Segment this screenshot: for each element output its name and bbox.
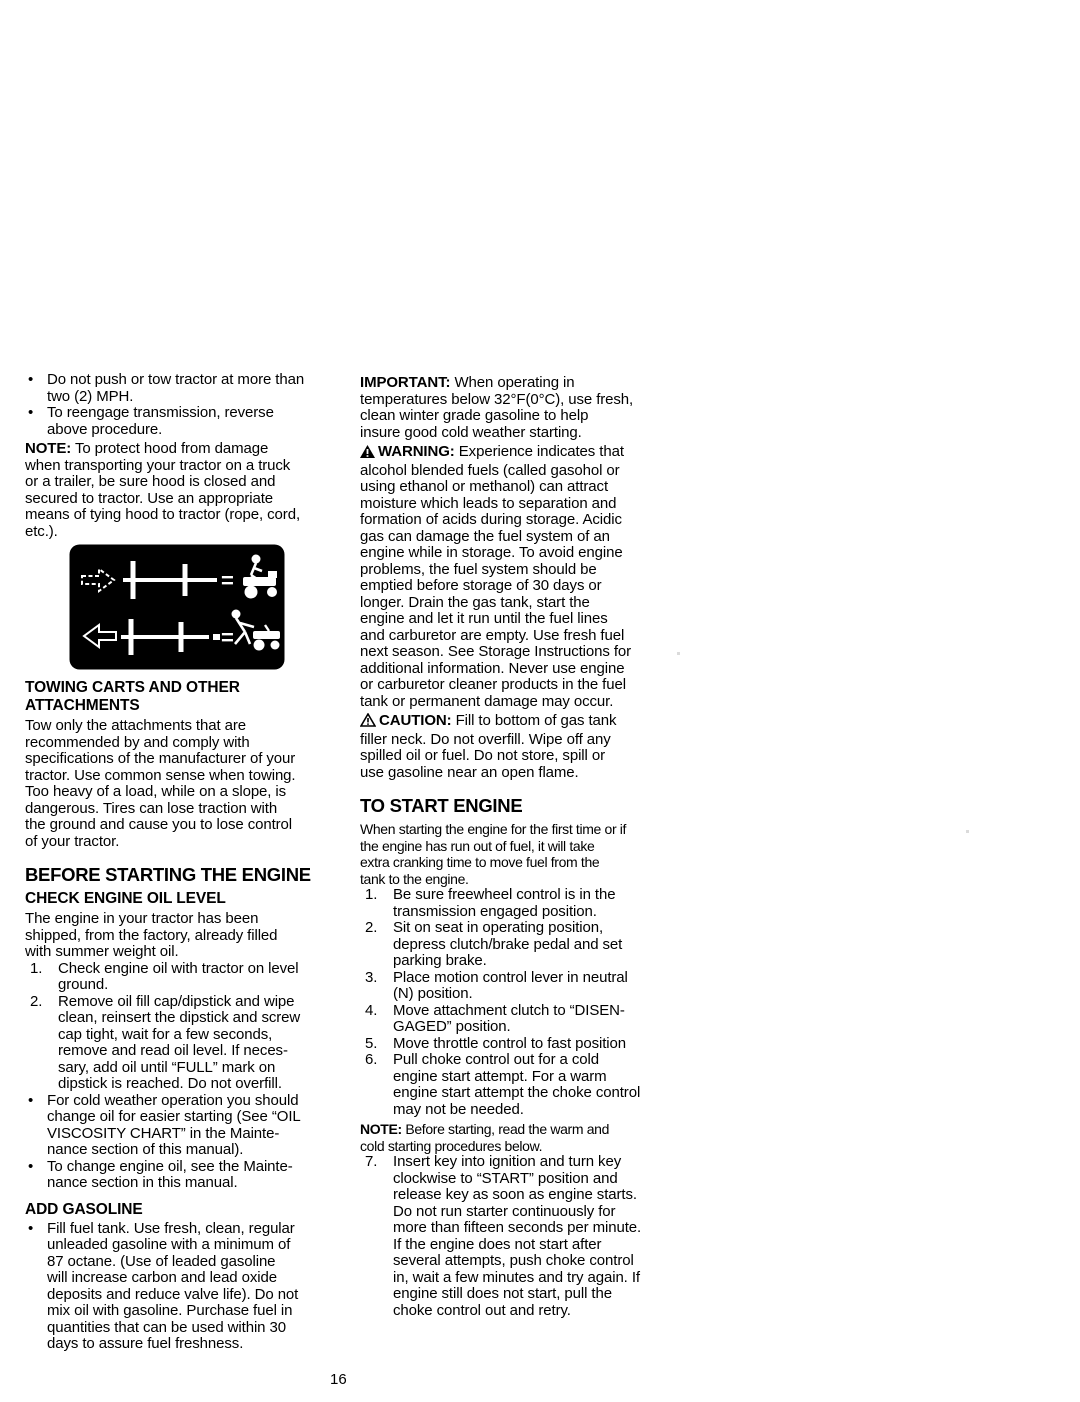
section-title: TO START ENGINE xyxy=(360,795,681,817)
numbered-item: 1.Check engine oil with tractor on level… xyxy=(25,961,346,994)
item-text: Fill fuel tank. Use fresh, clean, regula… xyxy=(47,1221,346,1353)
caution-triangle-icon xyxy=(360,713,376,732)
page-number: 16 xyxy=(330,1371,347,1388)
paragraph-lead: NOTE: xyxy=(25,440,71,457)
important-paragraph: IMPORTANT: When operating in temperature… xyxy=(360,375,681,441)
item-text: Be sure freewheel control is in the tran… xyxy=(393,887,681,920)
item-text: Insert key into ignition and turn key cl… xyxy=(393,1154,681,1319)
paragraph-text: When starting the engine for the first t… xyxy=(360,821,626,887)
numbered-item: 6.Pull choke control out for a cold engi… xyxy=(360,1052,681,1118)
item-number: 1. xyxy=(360,887,393,920)
paragraph-text: Experience indicates that alcohol blende… xyxy=(360,443,631,710)
numbered-item: 2.Remove oil fill cap/dipstick and wipe … xyxy=(25,994,346,1093)
subsection-title: CHECK ENGINE OIL LEVEL xyxy=(25,890,346,908)
section-title: BEFORE STARTING THE ENGINE xyxy=(25,864,346,886)
item-number: 7. xyxy=(360,1154,393,1319)
subsection-title: TOWING CARTS AND OTHER ATTACHMENTS xyxy=(25,679,346,715)
item-text: To change engine oil, see the Mainte- na… xyxy=(47,1159,346,1192)
paragraph: When starting the engine for the first t… xyxy=(360,821,681,887)
bullet-item: •To reengage transmission, reverse above… xyxy=(25,405,346,438)
heading-text: TOWING CARTS AND OTHER ATTACHMENTS xyxy=(25,679,240,714)
bullet-item: •For cold weather operation you should c… xyxy=(25,1093,346,1159)
equals-sign: = xyxy=(221,568,234,593)
item-text-content: Check engine oil with tractor on level g… xyxy=(58,960,299,994)
item-number: 3. xyxy=(360,970,393,1003)
subsection-title: ADD GASOLINE xyxy=(25,1201,346,1219)
note-paragraph: NOTE: To protect hood from damage when t… xyxy=(25,441,346,540)
numbered-item: 7.Insert key into ignition and turn key … xyxy=(360,1154,681,1319)
paragraph: The engine in your tractor has been ship… xyxy=(25,911,346,961)
item-text-content: Place motion control lever in neutral (N… xyxy=(393,969,628,1003)
heading-text: CHECK ENGINE OIL LEVEL xyxy=(25,890,226,907)
bullet-icon: • xyxy=(25,1093,47,1159)
manual-page: •Do not push or tow tractor at more than… xyxy=(0,0,1080,1402)
item-text: For cold weather operation you should ch… xyxy=(47,1093,346,1159)
item-number: 4. xyxy=(360,1003,393,1036)
item-number: 6. xyxy=(360,1052,393,1118)
right-column: IMPORTANT: When operating in temperature… xyxy=(360,372,681,1353)
warning-triangle-icon xyxy=(360,445,375,463)
item-number: 1. xyxy=(25,961,58,994)
item-text: Sit on seat in operating position, depre… xyxy=(393,920,681,970)
bullet-item: •To change engine oil, see the Mainte- n… xyxy=(25,1159,346,1192)
item-text-content: To change engine oil, see the Mainte- na… xyxy=(47,1158,293,1192)
freewheel-control-decal: == xyxy=(69,544,346,670)
bullet-item: •Do not push or tow tractor at more than… xyxy=(25,372,346,405)
paragraph-text: Tow only the attachments that are recomm… xyxy=(25,717,296,850)
numbered-item: 2.Sit on seat in operating position, dep… xyxy=(360,920,681,970)
item-text-content: Be sure freewheel control is in the tran… xyxy=(393,886,615,920)
item-text-content: Sit on seat in operating position, depre… xyxy=(393,919,622,969)
paragraph-lead: WARNING: xyxy=(378,443,455,460)
item-text: Remove oil fill cap/dipstick and wipe cl… xyxy=(58,994,346,1093)
item-text-content: For cold weather operation you should ch… xyxy=(47,1092,301,1159)
item-text-content: Fill fuel tank. Use fresh, clean, regula… xyxy=(47,1220,298,1353)
numbered-item: 1.Be sure freewheel control is in the tr… xyxy=(360,887,681,920)
caution-paragraph: CAUTION: Fill to bottom of gas tank fill… xyxy=(360,713,681,781)
freewheel-decal-graphic: == xyxy=(69,544,285,670)
heading-text: TO START ENGINE xyxy=(360,795,522,816)
paragraph-lead: IMPORTANT: xyxy=(360,374,450,391)
item-text-content: Remove oil fill cap/dipstick and wipe cl… xyxy=(58,993,300,1093)
bullet-icon: • xyxy=(25,405,47,438)
numbered-item: 4.Move attachment clutch to “DISEN- GAGE… xyxy=(360,1003,681,1036)
page-content: •Do not push or tow tractor at more than… xyxy=(25,372,675,1353)
scan-noise-speck xyxy=(677,652,680,655)
item-text-content: Move throttle control to fast position xyxy=(393,1035,626,1052)
bullet-item: •Fill fuel tank. Use fresh, clean, regul… xyxy=(25,1221,346,1353)
item-text: Check engine oil with tractor on level g… xyxy=(58,961,346,994)
item-text-content: Move attachment clutch to “DISEN- GAGED”… xyxy=(393,1002,625,1036)
heading-text: BEFORE STARTING THE ENGINE xyxy=(25,864,311,885)
item-text-content: Do not push or tow tractor at more than … xyxy=(47,371,304,405)
scan-noise-speck xyxy=(966,830,969,833)
paragraph-lead: NOTE: xyxy=(360,1121,402,1137)
item-text: Move throttle control to fast position xyxy=(393,1036,681,1053)
note-paragraph: NOTE: Before starting, read the warm and… xyxy=(360,1121,681,1154)
bullet-icon: • xyxy=(25,372,47,405)
item-text: To reengage transmission, reverse above … xyxy=(47,405,346,438)
heading-text: ADD GASOLINE xyxy=(25,1201,143,1218)
item-text-content: Insert key into ignition and turn key cl… xyxy=(393,1153,641,1319)
item-number: 2. xyxy=(360,920,393,970)
numbered-item: 5.Move throttle control to fast position xyxy=(360,1036,681,1053)
paragraph-text: The engine in your tractor has been ship… xyxy=(25,910,277,960)
item-text: Do not push or tow tractor at more than … xyxy=(47,372,346,405)
bullet-icon: • xyxy=(25,1221,47,1353)
item-number: 2. xyxy=(25,994,58,1093)
paragraph: Tow only the attachments that are recomm… xyxy=(25,718,346,850)
left-column: •Do not push or tow tractor at more than… xyxy=(25,372,346,1353)
paragraph-lead: CAUTION: xyxy=(379,712,452,729)
item-text-content: To reengage transmission, reverse above … xyxy=(47,404,274,438)
item-text: Place motion control lever in neutral (N… xyxy=(393,970,681,1003)
item-number: 5. xyxy=(360,1036,393,1053)
item-text: Move attachment clutch to “DISEN- GAGED”… xyxy=(393,1003,681,1036)
item-text-content: Pull choke control out for a cold engine… xyxy=(393,1051,640,1118)
numbered-item: 3.Place motion control lever in neutral … xyxy=(360,970,681,1003)
bullet-icon: • xyxy=(25,1159,47,1192)
equals-sign: = xyxy=(221,625,234,650)
item-text: Pull choke control out for a cold engine… xyxy=(393,1052,681,1118)
warning-paragraph: WARNING: Experience indicates that alcoh… xyxy=(360,444,681,710)
